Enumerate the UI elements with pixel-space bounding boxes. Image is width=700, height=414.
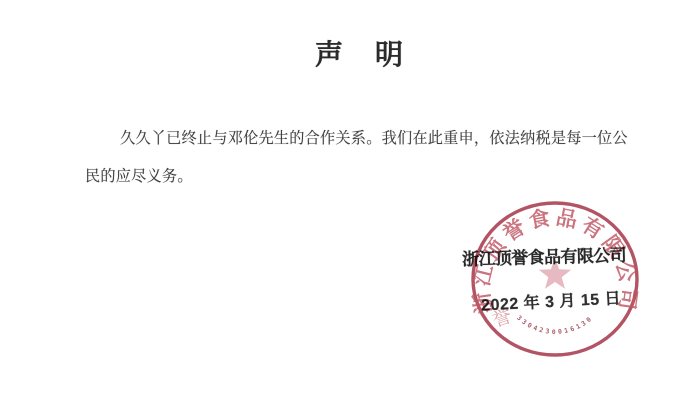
seal-company-name: 浙江顶誉食品有限公司 <box>462 241 627 270</box>
statement-title: 声 明 <box>0 33 700 73</box>
seal-serial-number: 3304230016130 <box>515 314 595 336</box>
company-seal: 浙江顶誉食品有限公司 誉 3304230016130 <box>455 179 655 379</box>
statement-body-line: 久久丫已终止与邓伦先生的合作关系。我们在此重申，依法纳税是每一位公 <box>85 120 637 158</box>
statement-document-page: 声 明 久久丫已终止与邓伦先生的合作关系。我们在此重申，依法纳税是每一位公 民的… <box>0 0 700 414</box>
